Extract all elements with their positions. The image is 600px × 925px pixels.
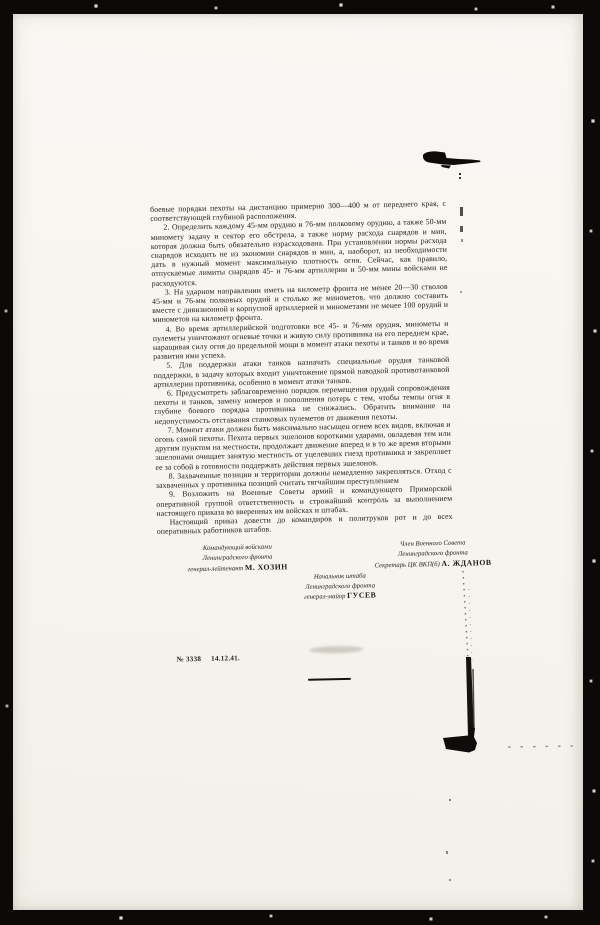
ink-streak-bottom-right (438, 559, 588, 759)
signature-chief-of-staff: Начальник штаба Ленинградского фронта ге… (270, 571, 411, 604)
signature-rank-name: генерал-майор ГУСЕВ (270, 590, 410, 604)
order-paragraph: 6. Предусмотреть заблаговременно порядок… (154, 383, 451, 426)
end-of-document-rule (308, 678, 351, 681)
order-paragraph: 3. На ударном направлении иметь на килом… (152, 282, 449, 325)
ink-blot-top-right (421, 148, 483, 172)
signature-commander: Командующий войсками Ленинградского фрон… (187, 543, 288, 575)
scan-dust-specks (0, 0, 2, 2)
ink-speck (449, 799, 451, 801)
ink-tick (460, 226, 463, 232)
ink-speck (449, 879, 451, 881)
document-number-line: № 3338 14.12.41. (176, 654, 240, 663)
order-paragraphs: боевые порядки пехоты на дистанцию приме… (150, 199, 453, 536)
ink-tick (459, 173, 461, 175)
document-date: 14.12.41. (211, 654, 240, 663)
ink-tick (460, 207, 463, 216)
scanned-document: боевые порядки пехоты на дистанцию приме… (0, 0, 600, 925)
ink-tick (460, 291, 462, 293)
order-paragraph: 4. Во время артиллерийской подготовки вс… (153, 318, 450, 361)
order-paragraph: 2. Определить каждому 45-мм орудию и 76-… (150, 217, 447, 288)
signature-rank-name: генерал-лейтенант М. ХОЗИН (188, 562, 288, 575)
order-paragraph: 7. Момент атаки должен быть максимально … (155, 420, 452, 472)
document-number: № 3338 (176, 655, 201, 664)
ink-smudge (309, 646, 363, 654)
document-page: боевые порядки пехоты на дистанцию приме… (13, 14, 583, 910)
order-text-block: боевые порядки пехоты на дистанцию приме… (150, 199, 454, 606)
ink-tick (461, 239, 463, 242)
ink-speck (446, 851, 448, 854)
